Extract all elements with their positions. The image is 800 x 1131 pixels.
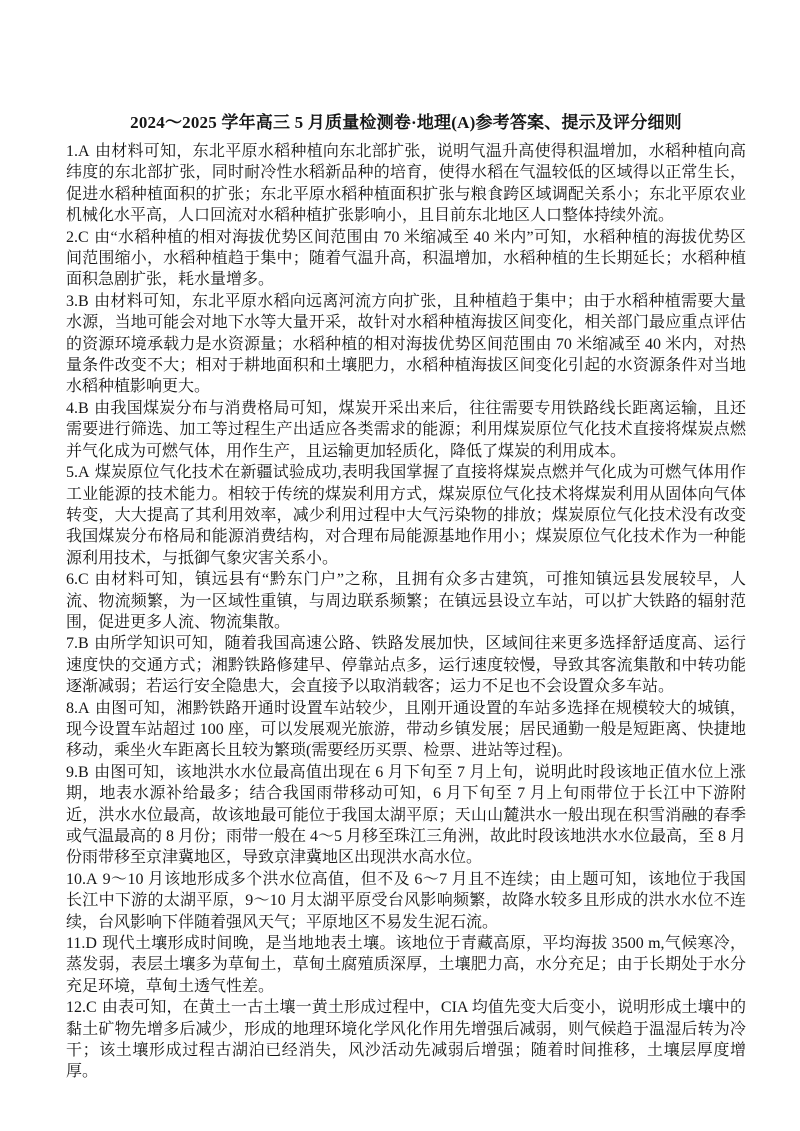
answer-text: 由表可知，在黄土一古土壤一黄土形成过程中，CIA 均值先变大后变小，说明形成土壤… <box>66 999 746 1080</box>
answer-item-9: 9.B由图可知，该地洪水水位最高值出现在 6 月下旬至 7 月上旬，说明此时段该… <box>66 762 746 869</box>
answer-text: 由材料可知，镇远县有“黔东门户”之称，且拥有众多古建筑，可推知镇远县发展较早，人… <box>66 571 746 631</box>
answer-text: 由图可知，湘黔铁路开通时设置车站较少，且刚开通设置的车站多选择在规模较大的城镇，… <box>66 700 746 760</box>
answer-text: 现代土壤形成时间晚，是当地地表土壤。该地位于青藏高原，平均海拔 3500 m,气… <box>66 935 746 995</box>
answer-text: 由所学知识可知，随着我国高速公路、铁路发展加快，区域间往来更多选择舒适度高、运行… <box>66 635 746 695</box>
answer-text: 由图可知，该地洪水水位最高值出现在 6 月下旬至 7 月上旬，说明此时段该地正值… <box>66 764 746 867</box>
answer-number: 7.B <box>66 635 89 652</box>
answer-item-10: 10.A9～10 月该地形成多个洪水位高值，但不及 6～7 月且不连续；由上题可… <box>66 869 746 933</box>
answer-number: 1.A <box>66 143 90 160</box>
answer-number: 5.A <box>66 464 90 481</box>
answer-item-2: 2.C由“水稻种植的相对海拔优势区间范围由 70 米缩减至 40 米内”可知，水… <box>66 227 746 291</box>
page-content: 2024～2025 学年高三 5 月质量检测卷·地理(A)参考答案、提示及评分细… <box>0 0 800 1083</box>
answer-number: 4.B <box>66 400 89 417</box>
answer-text: 由我国煤炭分布与消费格局可知，煤炭开采出来后，往往需要专用铁路线长距离运输，且还… <box>66 400 746 460</box>
answer-number: 11.D <box>66 935 97 952</box>
answer-number: 2.C <box>66 229 89 246</box>
answer-item-11: 11.D现代土壤形成时间晚，是当地地表土壤。该地位于青藏高原，平均海拔 3500… <box>66 933 746 997</box>
answer-number: 10.A <box>66 871 98 888</box>
answer-item-3: 3.B由材料可知，东北平原水稻向远离河流方向扩张，且种植趋于集中；由于水稻种植需… <box>66 291 746 398</box>
answer-item-8: 8.A由图可知，湘黔铁路开通时设置车站较少，且刚开通设置的车站多选择在规模较大的… <box>66 698 746 762</box>
answer-text: 由“水稻种植的相对海拔优势区间范围由 70 米缩减至 40 米内”可知，水稻种植… <box>66 229 746 289</box>
page-title: 2024～2025 学年高三 5 月质量检测卷·地理(A)参考答案、提示及评分细… <box>66 112 746 134</box>
answer-number: 3.B <box>66 293 89 310</box>
answer-text: 9～10 月该地形成多个洪水位高值，但不及 6～7 月且不连续；由上题可知，该地… <box>66 871 746 931</box>
answer-text: 由材料可知，东北平原水稻种植向东北部扩张，说明气温升高使得积温增加，水稻种植向高… <box>66 143 746 224</box>
answer-item-12: 12.C由表可知，在黄土一古土壤一黄土形成过程中，CIA 均值先变大后变小，说明… <box>66 997 746 1083</box>
answer-number: 6.C <box>66 571 89 588</box>
answer-text: 由材料可知，东北平原水稻向远离河流方向扩张，且种植趋于集中；由于水稻种植需要大量… <box>66 293 746 396</box>
answer-number: 9.B <box>66 764 89 781</box>
answer-text: 煤炭原位气化技术在新疆试验成功,表明我国掌握了直接将煤炭点燃并气化成为可燃气体用… <box>66 464 746 567</box>
answer-item-4: 4.B由我国煤炭分布与消费格局可知，煤炭开采出来后，往往需要专用铁路线长距离运输… <box>66 398 746 462</box>
answer-item-6: 6.C由材料可知，镇远县有“黔东门户”之称，且拥有众多古建筑，可推知镇远县发展较… <box>66 569 746 633</box>
answer-item-5: 5.A煤炭原位气化技术在新疆试验成功,表明我国掌握了直接将煤炭点燃并气化成为可燃… <box>66 462 746 569</box>
answer-number: 8.A <box>66 700 90 717</box>
answer-item-1: 1.A由材料可知，东北平原水稻种植向东北部扩张，说明气温升高使得积温增加，水稻种… <box>66 141 746 227</box>
answer-number: 12.C <box>66 999 97 1016</box>
answer-item-7: 7.B由所学知识可知，随着我国高速公路、铁路发展加快，区域间往来更多选择舒适度高… <box>66 633 746 697</box>
answer-key-page: 2024～2025 学年高三 5 月质量检测卷·地理(A)参考答案、提示及评分细… <box>0 0 800 1131</box>
